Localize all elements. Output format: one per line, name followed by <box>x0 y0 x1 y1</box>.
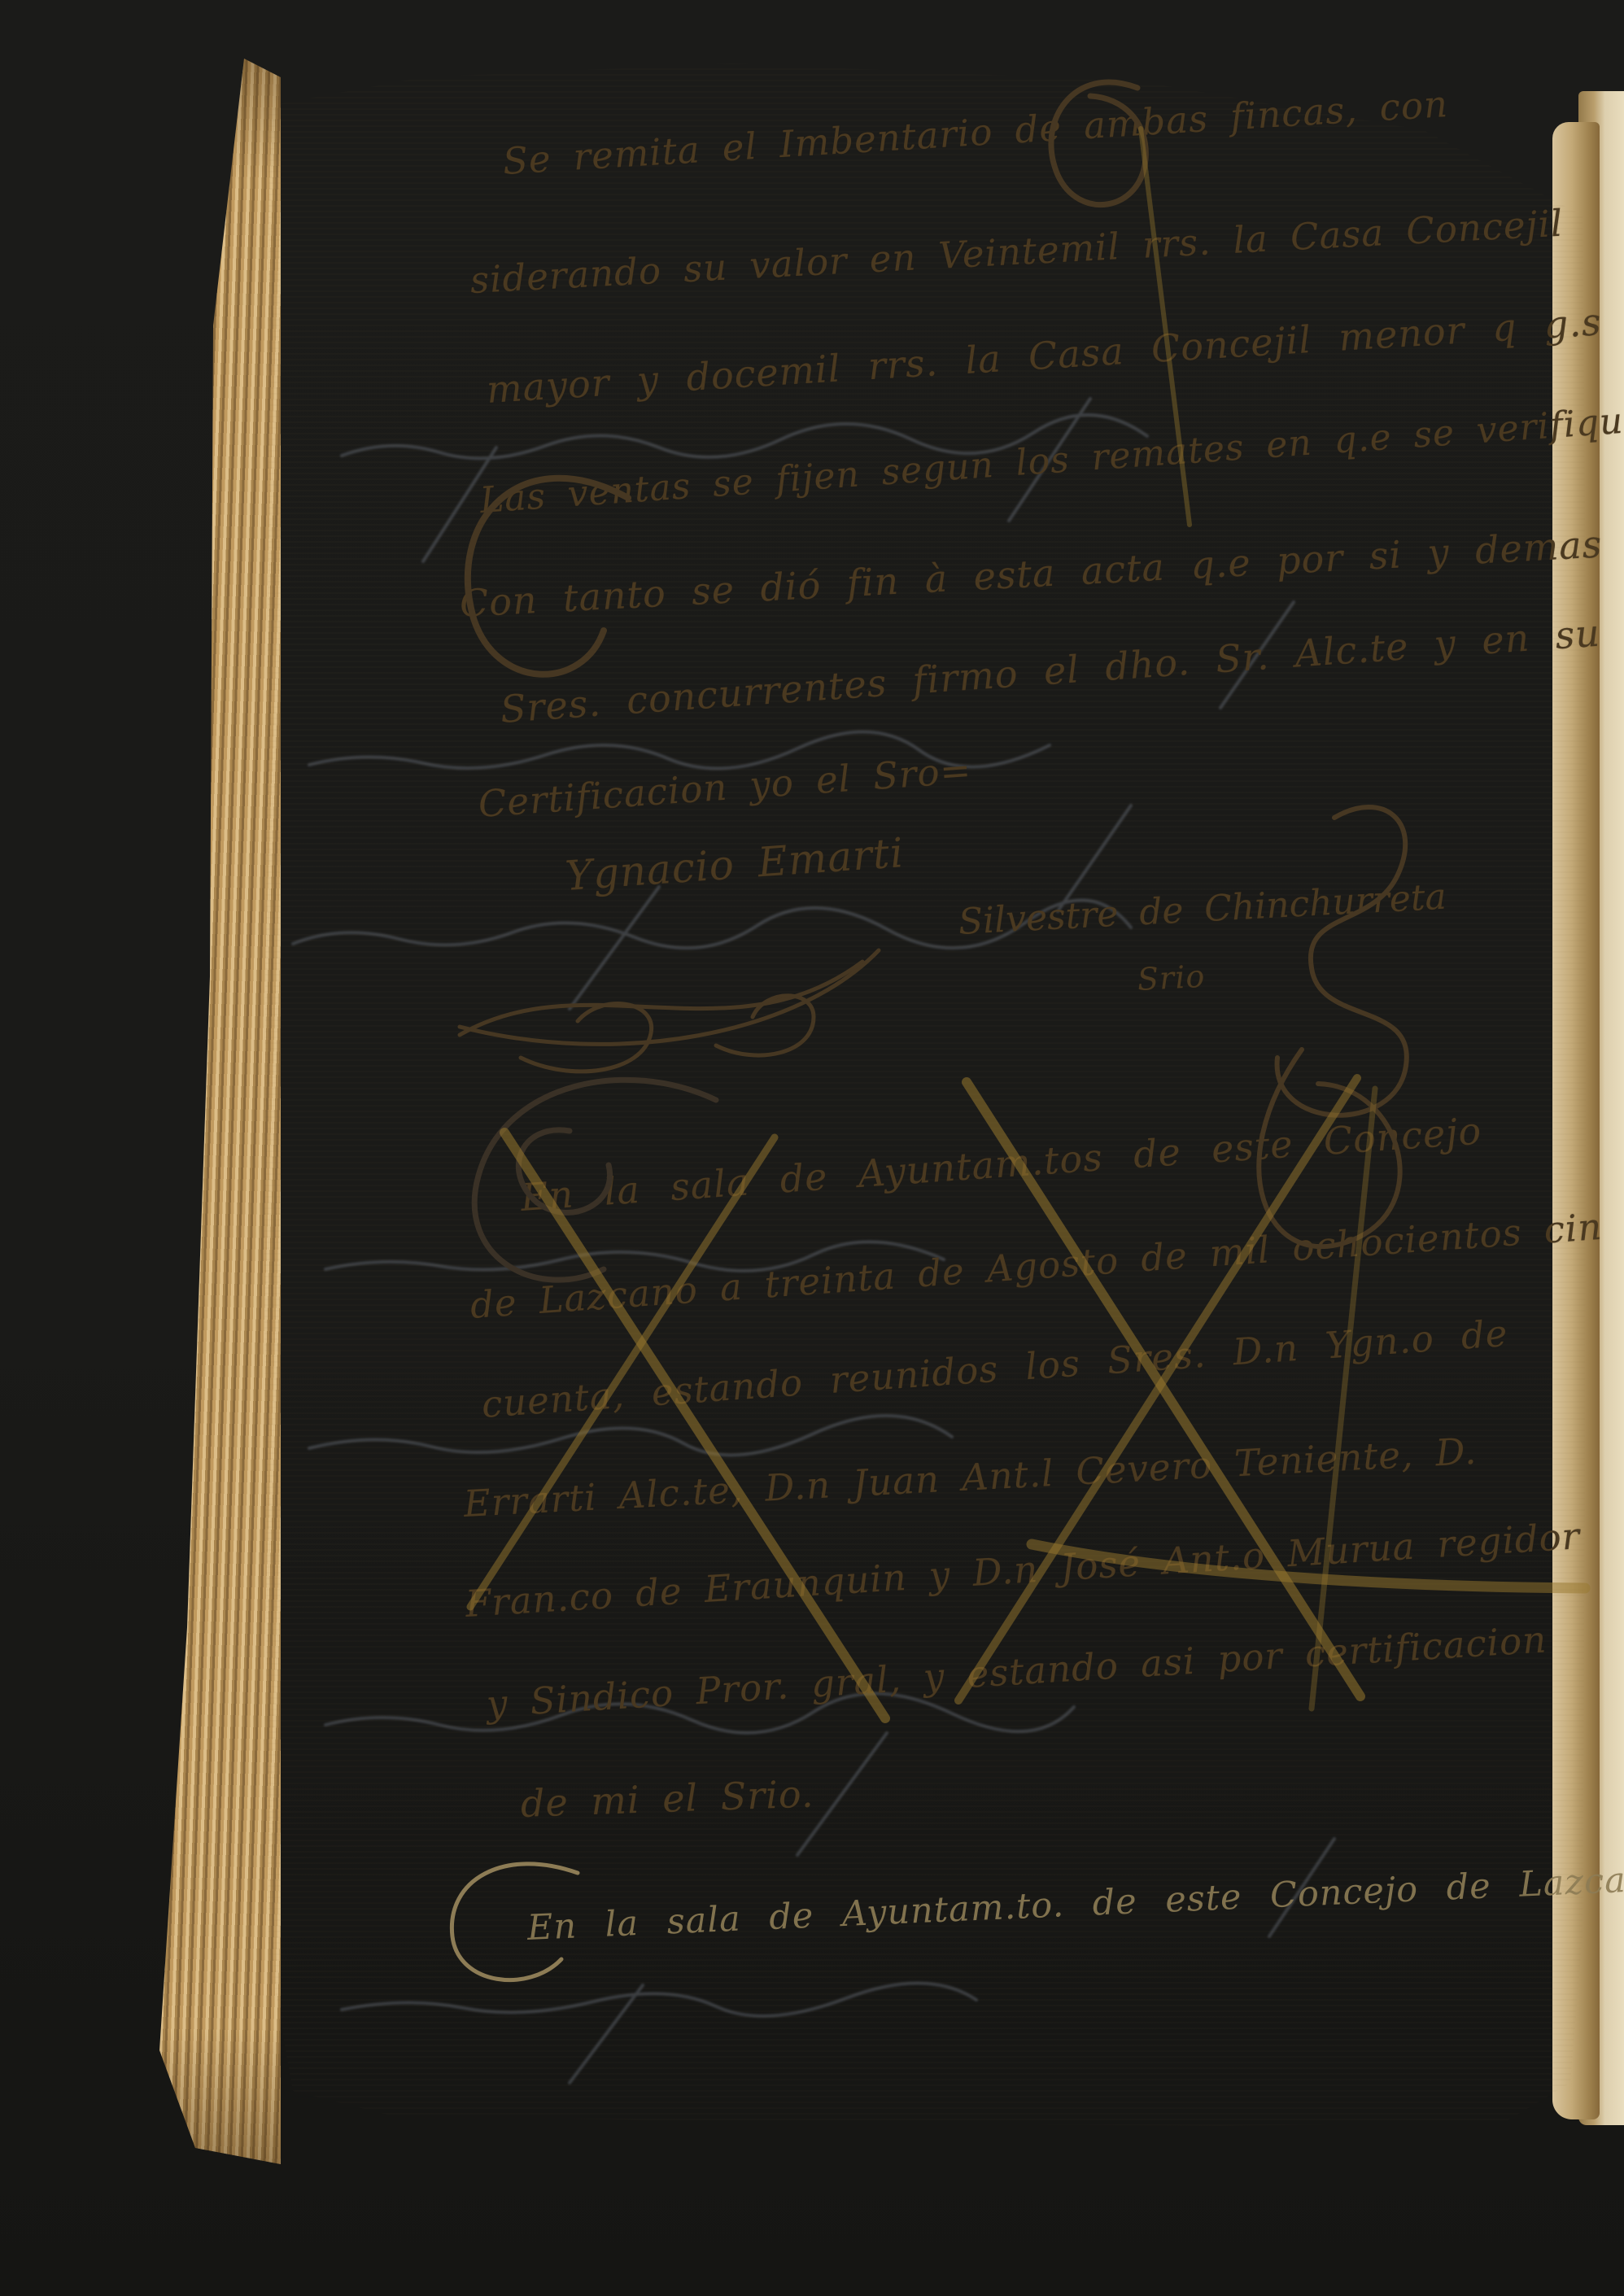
photo-background: Se remita el Imbentario de ambas fincas,… <box>0 0 1624 2296</box>
signature-title: Srio <box>1137 958 1206 997</box>
